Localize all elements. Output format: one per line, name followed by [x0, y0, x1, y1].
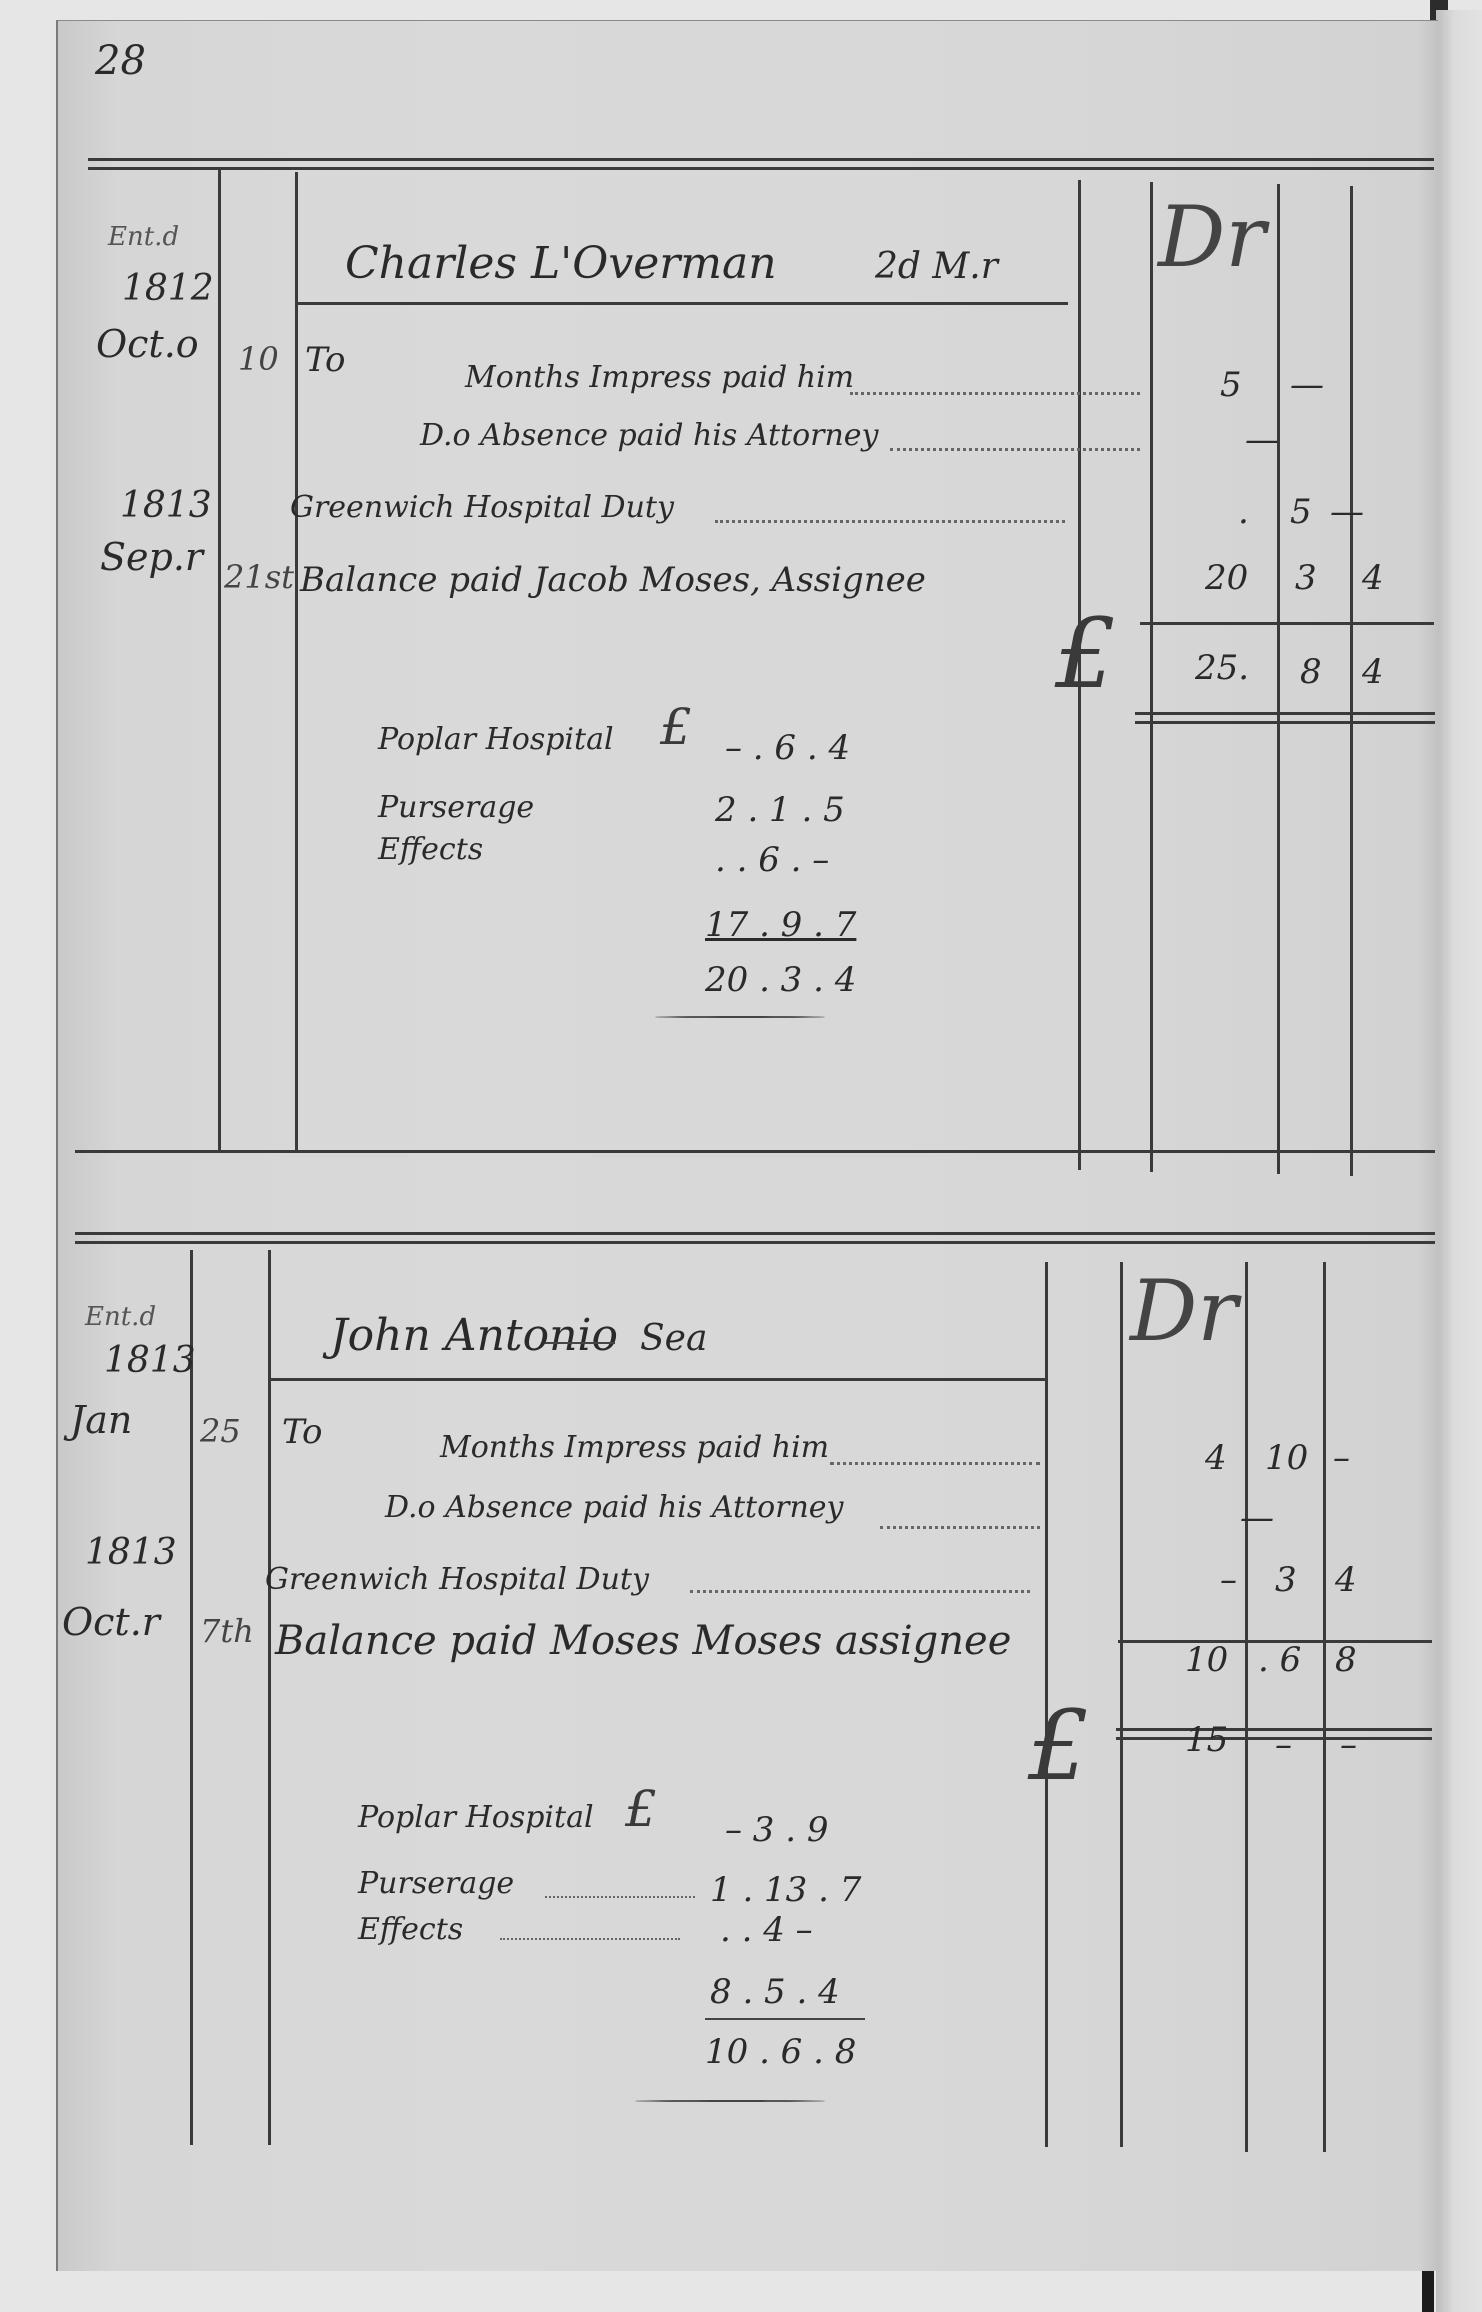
entered-year: 1812 [122, 268, 214, 309]
line-pounds: — [1240, 1498, 1274, 1538]
line-description: Balance paid Jacob Moses, Assignee [300, 560, 926, 600]
line-pence: — [1330, 492, 1364, 532]
breakdown-sum: 10 . 6 . 8 [705, 2032, 856, 2072]
line-shillings: . 6 [1258, 1640, 1301, 1680]
line-shillings: — [1290, 365, 1324, 405]
line-pounds: 20 [1205, 558, 1248, 598]
line-month: Sep.r [100, 535, 203, 579]
line-year: 1813 [120, 485, 212, 526]
line-pounds: – [1220, 1560, 1237, 1600]
breakdown-value: . . 6 . – [715, 840, 829, 880]
breakdown-label: Purserage [358, 1866, 514, 1901]
column-rule-pounds [1120, 1262, 1123, 2147]
line-month: Jan [70, 1398, 132, 1442]
column-rule-pence [1323, 1262, 1326, 2152]
breakdown-value: – 3 . 9 [725, 1810, 829, 1850]
column-rule-date [190, 1250, 193, 2145]
line-day: 10 [238, 340, 279, 378]
breakdown-label: Poplar Hospital [358, 1800, 594, 1835]
line-description: Greenwich Hospital Duty [290, 490, 674, 525]
line-shillings: 3 [1295, 558, 1317, 598]
line-day: 21st [224, 558, 294, 596]
line-pence: – [1333, 1438, 1350, 1478]
total-pounds: 25. [1195, 648, 1249, 688]
breakdown-currency: £ [660, 698, 692, 756]
line-description: Balance paid Moses Moses assignee [275, 1618, 1011, 1664]
line-shillings: 10 [1265, 1438, 1308, 1478]
line-pounds: 10 [1185, 1640, 1228, 1680]
line-description: Months Impress paid him [440, 1430, 829, 1465]
column-rule-date [218, 170, 221, 1150]
line-pounds: — [1245, 420, 1279, 460]
column-rule-day [268, 1250, 271, 2145]
name-header-rule [296, 302, 1068, 305]
total-pounds: 15 [1185, 1720, 1228, 1760]
line-description: D.o Absence paid his Attorney [420, 418, 879, 453]
breakdown-label: Effects [358, 1912, 463, 1947]
account-holder-name: Charles L'Overman [345, 238, 777, 289]
line-description: D.o Absence paid his Attorney [385, 1490, 844, 1525]
line-pounds: 5 [1220, 365, 1242, 405]
line-shillings: 5 [1290, 492, 1312, 532]
facing-page-edge [1436, 10, 1482, 2312]
breakdown-value: 2 . 1 . 5 [715, 790, 845, 830]
leader-dots [545, 1896, 695, 1898]
breakdown-value: 17 . 9 . 7 [705, 905, 856, 945]
name-header-rule [268, 1378, 1046, 1381]
leader-dots [500, 1938, 680, 1940]
column-rule-pence [1350, 186, 1353, 1176]
name-dash [545, 1342, 615, 1344]
line-pence: 4 [1362, 558, 1384, 598]
line-day: 7th [200, 1612, 254, 1650]
total-box-bottom-rule [1135, 712, 1435, 715]
total-pence: 4 [1362, 652, 1384, 692]
leader-dots [690, 1590, 1030, 1593]
total-shillings: 8 [1300, 652, 1322, 692]
breakdown-label: Purserage [378, 790, 534, 825]
line-month: Oct.r [62, 1600, 160, 1644]
pound-sign: £ [1055, 598, 1116, 710]
leader-dots [715, 520, 1065, 523]
line-description: Months Impress paid him [465, 360, 854, 395]
entered-year: 1813 [104, 1340, 196, 1381]
line-description: Greenwich Hospital Duty [265, 1562, 649, 1597]
line-year: 1813 [85, 1532, 177, 1573]
account-holder-rank: Sea [640, 1318, 707, 1359]
leader-dots [850, 392, 1140, 395]
total-pence: – [1340, 1725, 1357, 1765]
line-pounds: 4 [1205, 1438, 1227, 1478]
column-rule-shillings [1245, 1262, 1248, 2152]
breakdown-label: Effects [378, 832, 483, 867]
debit-header: Dr [1158, 188, 1266, 286]
entry-top-rule [88, 158, 1434, 161]
breakdown-value: . . 4 – [720, 1910, 813, 1950]
total-box-bottom-rule [1116, 1728, 1432, 1731]
line-month: Oct.o [96, 322, 199, 366]
entered-label: Ent.d [85, 1302, 156, 1332]
debit-header: Dr [1130, 1262, 1238, 1360]
pound-sign: £ [1028, 1690, 1089, 1802]
column-rule-shillings [1277, 184, 1280, 1174]
account-holder-rank: 2d M.r [875, 246, 998, 287]
breakdown-value: – . 6 . 4 [725, 728, 850, 768]
to-prefix: To [305, 340, 346, 380]
total-shillings: – [1275, 1725, 1292, 1765]
breakdown-value: 1 . 13 . 7 [710, 1870, 861, 1910]
column-rule-day [295, 172, 298, 1152]
breakdown-value: 8 . 5 . 4 [710, 1972, 840, 2012]
line-pence: 4 [1335, 1560, 1357, 1600]
line-pounds: . [1238, 492, 1249, 532]
to-prefix: To [282, 1412, 323, 1452]
entered-label: Ent.d [108, 222, 179, 252]
breakdown-sum: 20 . 3 . 4 [705, 960, 856, 1000]
line-pence: 8 [1335, 1640, 1357, 1680]
leader-dots [890, 448, 1140, 451]
line-shillings: 3 [1275, 1560, 1297, 1600]
subtotal-underline [705, 2018, 865, 2020]
total-box-top-rule [1140, 622, 1434, 625]
sum-underline [635, 2100, 825, 2102]
column-rule-pounds [1150, 182, 1153, 1172]
line-day: 25 [200, 1412, 241, 1450]
leader-dots [830, 1462, 1040, 1465]
entry-separator-rule [75, 1232, 1435, 1235]
entry-bottom-rule [75, 1150, 1435, 1153]
leader-dots [880, 1526, 1040, 1529]
breakdown-currency: £ [625, 1780, 657, 1838]
sum-underline [655, 1016, 825, 1018]
breakdown-label: Poplar Hospital [378, 722, 614, 757]
page-number: 28 [95, 38, 146, 84]
account-holder-name: John Antonio [330, 1310, 618, 1361]
